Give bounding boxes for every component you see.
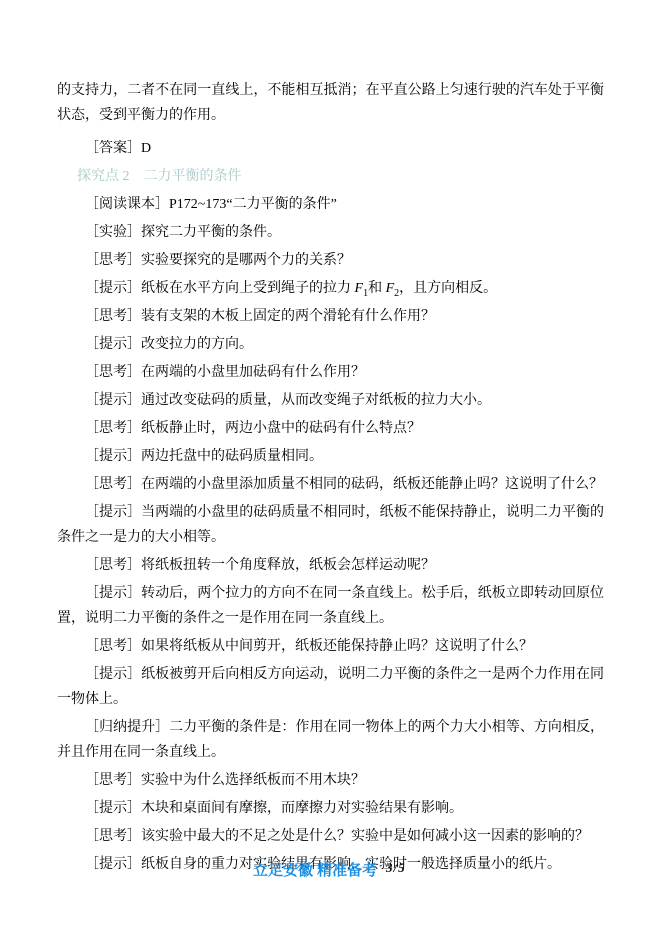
hint-paragraph: ［提示］木块和桌面间有摩擦，而摩擦力对实验结果有影响。 — [57, 796, 604, 821]
think-paragraph: ［思考］在两端的小盘里加砝码有什么作用？ — [57, 360, 604, 385]
think-paragraph: ［思考］如果将纸板从中间剪开，纸板还能保持静止吗？这说明了什么？ — [57, 634, 604, 659]
hint-paragraph: ［提示］通过改变砝码的质量，从而改变绳子对纸板的拉力大小。 — [57, 388, 604, 413]
hint-text-prefix: ［提示］纸板在水平方向上受到绳子的拉力 — [85, 281, 355, 296]
think-paragraph: ［思考］实验要探究的是哪两个力的关系？ — [57, 248, 604, 273]
answer-line: ［答案］D — [57, 136, 604, 161]
hint-text-mid: 和 — [368, 281, 386, 296]
think-paragraph: ［思考］在两端的小盘里添加质量不相同的砝码，纸板还能静止吗？这说明了什么？ — [57, 472, 604, 497]
page-footer: 立足安徽 精准备考 3/5 — [0, 859, 661, 881]
hint-paragraph: ［提示］改变拉力的方向。 — [57, 332, 604, 357]
think-paragraph: ［思考］装有支架的木板上固定的两个滑轮有什么作用？ — [57, 304, 604, 329]
footer-slogan: 立足安徽 精准备考 — [253, 859, 377, 880]
hint-text-suffix: ，且方向相反。 — [399, 281, 497, 296]
hint-paragraph: ［提示］纸板被剪开后向相反方向运动，说明二力平衡的条件之一是两个力作用在同一物体… — [57, 662, 604, 712]
experiment-paragraph: ［实验］探究二力平衡的条件。 — [57, 220, 604, 245]
section-heading: 探究点 2 二力平衡的条件 — [57, 164, 604, 189]
hint-paragraph-with-formula: ［提示］纸板在水平方向上受到绳子的拉力 F1和 F2，且方向相反。 — [57, 276, 604, 301]
summary-paragraph: ［归纳提升］二力平衡的条件是：作用在同一物体上的两个力大小相等、方向相反，并且作… — [57, 715, 604, 765]
page-number: 3/5 — [386, 860, 406, 876]
reading-paragraph: ［阅读课本］P172~173“二力平衡的条件” — [57, 192, 604, 217]
hint-paragraph: ［提示］两边托盘中的砝码质量相同。 — [57, 444, 604, 469]
document-page: 的支持力，二者不在同一直线上，不能相互抵消；在平直公路上匀速行驶的汽车处于平衡状… — [0, 0, 661, 935]
think-paragraph: ［思考］将纸板扭转一个角度释放，纸板会怎样运动呢？ — [57, 553, 604, 578]
force-symbol-f1: F — [355, 281, 364, 296]
hint-paragraph: ［提示］转动后，两个拉力的方向不在同一条直线上。松手后，纸板立即转动回原位置，说… — [57, 581, 604, 631]
think-paragraph: ［思考］纸板静止时，两边小盘中的砝码有什么特点？ — [57, 416, 604, 441]
continued-paragraph: 的支持力，二者不在同一直线上，不能相互抵消；在平直公路上匀速行驶的汽车处于平衡状… — [57, 78, 604, 128]
force-symbol-f2: F — [386, 281, 395, 296]
think-paragraph: ［思考］实验中为什么选择纸板而不用木块？ — [57, 768, 604, 793]
think-paragraph: ［思考］该实验中最大的不足之处是什么？实验中是如何减小这一因素的影响的？ — [57, 824, 604, 849]
hint-paragraph: ［提示］当两端的小盘里的砝码质量不相同时，纸板不能保持静止，说明二力平衡的条件之… — [57, 500, 604, 550]
